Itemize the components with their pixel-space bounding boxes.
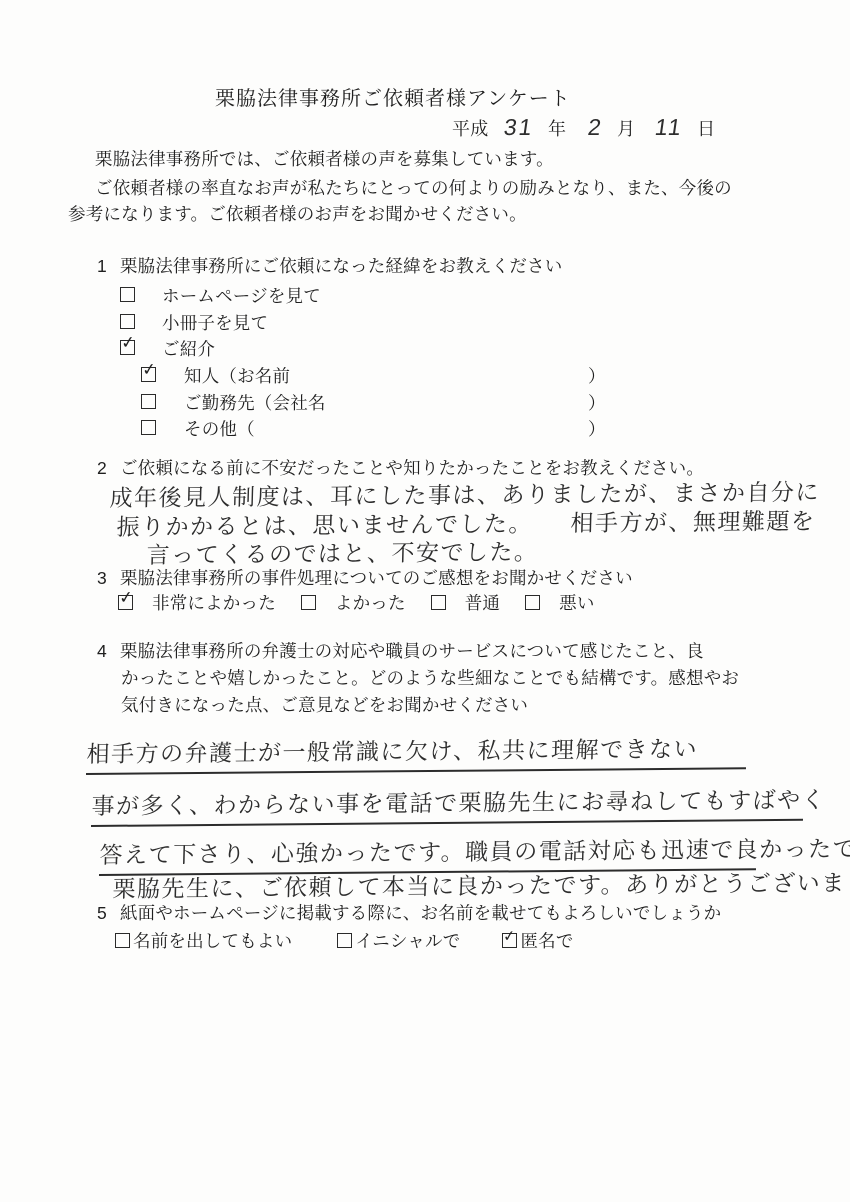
checkbox-normal[interactable] — [431, 595, 446, 610]
checkbox-acquaintance[interactable]: ✓ — [141, 367, 156, 382]
checkbox-booklet[interactable] — [120, 314, 135, 329]
date-line: 平成 31 年 2 月 11 日 — [452, 114, 715, 141]
checkbox-initials[interactable] — [337, 933, 352, 948]
q5-option-real-name-label: 名前を出してもよい — [133, 928, 292, 953]
q3-text: 栗脇法律事務所の事件処理についてのご感想をお聞かせください — [120, 568, 633, 588]
date-month-label: 月 — [617, 118, 635, 141]
checkbox-real-name[interactable] — [115, 933, 130, 948]
q1-option-homepage: ホームページを見て — [120, 283, 321, 308]
q1-option-other: その他（ ） — [141, 416, 621, 441]
q1-option-referral: ✓ ご紹介 — [120, 336, 215, 361]
q4-heading-line-1: 4栗脇法律事務所の弁護士の対応や職員のサービスについて感じたこと、良 — [97, 641, 704, 663]
q5-text: 紙面やホームページに掲載する際に、お名前を載せてもよろしいでしょうか — [120, 903, 721, 923]
q1-option-workplace-label: ご勤務先（会社名 — [184, 390, 326, 415]
date-month-handwritten: 2 — [586, 114, 605, 141]
q1-option-booklet: 小冊子を見て — [120, 310, 268, 335]
q1-number: 1 — [97, 256, 107, 278]
q5-option-anonymous-label: 匿名で — [520, 928, 573, 953]
q3-number: 3 — [97, 568, 107, 590]
checkbox-very-good[interactable]: ✓ — [118, 595, 133, 610]
intro-line-1: 栗脇法律事務所では、ご依頼者様の声を募集しています。 — [95, 149, 554, 171]
q5-option-initials-label: イニシャルで — [355, 928, 460, 953]
q3-option-good-label: よかった — [335, 590, 406, 615]
q1-option-other-label: その他（ — [184, 416, 255, 441]
checkbox-anonymous[interactable]: ✓ — [502, 933, 517, 948]
q3-option-normal-label: 普通 — [465, 590, 500, 615]
check-mark: ✓ — [120, 333, 136, 351]
intro-line-2: ご依頼者様の率直なお声が私たちにとっての何よりの励みとなり、また、今後の — [95, 178, 732, 200]
q3-option-very-good-label: 非常によかった — [152, 590, 276, 615]
check-mark: ✓ — [503, 928, 517, 944]
intro-line-3: 参考になります。ご依頼者様のお声をお聞かせください。 — [68, 204, 527, 226]
checkbox-bad[interactable] — [525, 595, 540, 610]
q1-option-other-paren: ） — [588, 416, 606, 441]
scanned-survey-page: 栗脇法律事務所ご依頼者様アンケート 平成 31 年 2 月 11 日 栗脇法律事… — [0, 0, 850, 1202]
check-mark: ✓ — [118, 588, 134, 606]
q4-text-line-1: 栗脇法律事務所の弁護士の対応や職員のサービスについて感じたこと、良 — [120, 641, 704, 661]
checkbox-referral[interactable]: ✓ — [120, 340, 135, 355]
q1-option-referral-label: ご紹介 — [162, 336, 215, 361]
checkbox-other[interactable] — [141, 420, 156, 435]
q1-heading: 1栗脇法律事務所にご依頼になった経緯をお教えください — [97, 256, 562, 278]
q1-option-acquaintance-paren: ） — [588, 363, 606, 388]
q5-heading: 5紙面やホームページに掲載する際に、お名前を載せてもよろしいでしょうか — [97, 903, 721, 925]
q3-option-bad-label: 悪い — [559, 590, 594, 615]
q4-number: 4 — [97, 641, 107, 663]
q2-number: 2 — [97, 458, 107, 480]
date-era-label: 平成 — [452, 118, 488, 141]
q4-answer-line-1: 相手方の弁護士が一般常識に欠け、私共に理解できない — [86, 730, 747, 775]
q1-option-workplace: ご勤務先（会社名 ） — [141, 390, 621, 415]
check-mark: ✓ — [141, 360, 157, 378]
date-day-label: 日 — [697, 118, 715, 141]
checkbox-workplace[interactable] — [141, 394, 156, 409]
page-title: 栗脇法律事務所ご依頼者様アンケート — [215, 82, 571, 111]
date-day-handwritten: 11 — [653, 114, 685, 141]
q1-option-workplace-paren: ） — [588, 390, 606, 415]
q3-heading: 3栗脇法律事務所の事件処理についてのご感想をお聞かせください — [97, 568, 633, 590]
q4-heading-line-2: かったことや嬉しかったこと。どのような些細なことでも結構です。感想やお — [121, 668, 739, 690]
q5-number: 5 — [97, 903, 107, 925]
q1-option-booklet-label: 小冊子を見て — [162, 310, 268, 335]
checkbox-good[interactable] — [301, 595, 316, 610]
q1-option-acquaintance-label: 知人（お名前 — [184, 363, 290, 388]
date-year-handwritten: 31 — [503, 114, 536, 141]
q4-answer-line-2: 事が多く、わからない事を電話で栗脇先生にお尋ねしてもすばやく — [91, 782, 804, 827]
q4-heading-line-3: 気付きになった点、ご意見などをお聞かせください — [121, 695, 528, 717]
checkbox-homepage[interactable] — [120, 287, 135, 302]
q2-answer-line-3: 言ってくるのではと、不安でした。 — [146, 534, 539, 570]
date-year-label: 年 — [548, 118, 566, 141]
q1-option-acquaintance: ✓ 知人（お名前 ） — [141, 363, 621, 388]
q5-options-row: 名前を出してもよい イニシャルで ✓ 匿名で — [115, 928, 574, 953]
q1-text: 栗脇法律事務所にご依頼になった経緯をお教えください — [120, 256, 563, 276]
q4-answer-line-4: 栗脇先生に、ご依頼して本当に良かったです。ありがとうございました。 — [112, 864, 850, 904]
q3-options-row: ✓ 非常によかった よかった 普通 悪い — [118, 590, 595, 615]
q1-option-homepage-label: ホームページを見て — [162, 283, 321, 308]
